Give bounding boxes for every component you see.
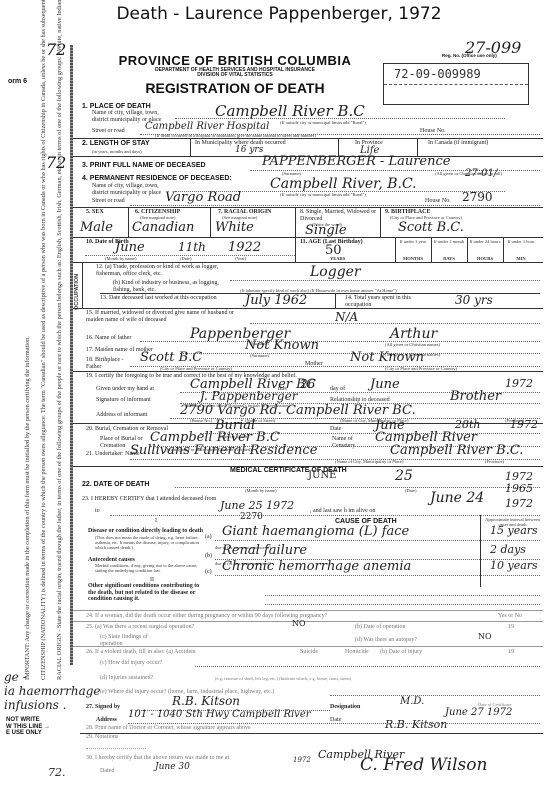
death-day-value: 25 — [395, 468, 413, 484]
undertaker-value: Sullivans Funeral Residence — [130, 443, 317, 458]
stay-municipality-value: 16 yrs — [235, 145, 263, 155]
undertaker-city-note: (Name of City, Municipality or Place) — [335, 459, 403, 464]
informant-label: Signature of informant — [96, 397, 151, 404]
rule — [73, 308, 543, 309]
place-of-death-label: 1. PLACE OF DEATH — [82, 103, 151, 110]
signed-date-value: June 27 1972 — [445, 707, 512, 718]
rule — [480, 515, 481, 587]
violent-death-label: 26. If a violent death, fill in also: (a… — [86, 649, 196, 656]
antecedent-note: Morbid conditions, if any, giving rise t… — [95, 563, 200, 573]
undertaker-province-note: (Province) — [485, 459, 504, 464]
rule — [73, 138, 543, 139]
doctor-address-value: 101 - 1040 Sth Hwy Campbell River — [128, 709, 311, 720]
residence-street-label: Street or road — [92, 198, 125, 205]
death-month-value: JUNE — [308, 470, 337, 481]
registrar-certify-label: 30. I hereby certify that the above retu… — [86, 755, 229, 762]
doctor-signature: R.B. Kitson — [385, 718, 447, 731]
rule — [128, 723, 540, 724]
signed-by-label: 27. Signed by — [86, 704, 120, 711]
attended-from-year: 1965 — [505, 482, 533, 495]
surgery-question: 25. (a) Was there a recent surgical oper… — [86, 624, 194, 631]
dated-value: June 30 — [155, 762, 190, 772]
residence-house-value: 2790 — [462, 190, 493, 204]
part-one-label: I — [155, 518, 157, 525]
years-occupation-value: 30 yrs — [455, 293, 493, 307]
rule — [295, 237, 296, 262]
rule — [215, 575, 540, 576]
age-column-unit: MONTHS — [397, 256, 429, 261]
rule — [195, 666, 540, 667]
age-column-unit: DAYS — [433, 256, 465, 261]
residence-city-label: Name of city, village, town, district mu… — [92, 183, 172, 196]
office-use-note: NOT WRITE W THIS LINE → E USE ONLY — [6, 717, 50, 737]
age-column-header: If under 1 hour — [505, 239, 537, 244]
cause-code: 2270 — [240, 512, 263, 522]
attended-to-label: to — [95, 508, 100, 515]
autopsy-question: (d) Was there an autopsy? — [355, 637, 417, 644]
mother-maiden-value: Not Known — [245, 338, 319, 353]
death-street-value: Campbell River Hospital — [145, 121, 269, 132]
rule — [110, 515, 540, 516]
cause-line-tag: (c) — [205, 569, 212, 576]
injuries-label: (d) Injuries sustained? — [100, 675, 153, 682]
form-title: REGISTRATION OF DEATH — [115, 80, 355, 96]
last-seen-value: June 24 — [430, 490, 484, 506]
mother-birthplace-value: Not Known — [350, 350, 424, 365]
registration-number-box: 72-09-009989 — [383, 63, 529, 105]
relationship-value: Brother — [450, 389, 501, 404]
birth-year-note: (Year) — [235, 256, 246, 261]
residence-city-value: Campbell River, B.C. — [270, 176, 417, 192]
other-conditions-label: Other significant conditions contributin… — [88, 583, 203, 603]
sex-label: 5. SEX — [86, 209, 104, 216]
rule — [175, 118, 505, 119]
informant-address-value: 2790 Vargo Rd. Campbell River BC. — [180, 403, 416, 418]
racial-origin-value: White — [215, 220, 254, 235]
father-name-label: 16. Name of father — [86, 335, 131, 342]
rule — [73, 207, 543, 208]
rule — [128, 207, 129, 237]
age-column-unit: MIN — [505, 256, 537, 261]
side-note-line: ge - — [4, 670, 101, 684]
designation-label: Designation — [330, 704, 360, 711]
designation-value: M.D. — [400, 696, 424, 707]
cause-line-tag: (a) — [205, 534, 212, 541]
birth-month-note: (Month by name) — [105, 256, 137, 261]
margin-note-citizenship: CITIZENSHIP (NATIONALITY) is defined in … — [40, 180, 47, 680]
given-month-value: June — [370, 377, 400, 392]
rule — [330, 695, 540, 696]
page-title: Death - Laurence Pappenberger, 1972 — [0, 4, 558, 24]
registration-number: 72-09-009989 — [394, 67, 481, 81]
birth-year-value: 1922 — [228, 240, 261, 255]
rule — [295, 207, 296, 237]
injury-year: 19 — [508, 649, 514, 656]
length-of-stay-sublabel: (in years, months and days) — [92, 149, 142, 154]
margin-note-racial-origin: RACIAL ORIGIN - State the racial origin,… — [56, 180, 63, 680]
department-heading: DEPARTMENT OF HEALTH SERVICES AND HOSPIT… — [100, 68, 370, 78]
attended-label: 23. I HEREBY CERTIFY that I attended dec… — [82, 496, 216, 503]
injury-how-label: (c) How did injury occur? — [100, 660, 162, 667]
full-name-value: PAPPENBERGER - Laurence — [262, 154, 450, 169]
form-label: orm 6 — [8, 78, 27, 85]
margin-note-important: IMPORTANT: Any change or correction made… — [24, 180, 31, 680]
division-name: DIVISION OF VITAL STATISTICS — [100, 73, 370, 78]
age-years-label: YEARS — [330, 256, 345, 261]
birth-month-value: June — [115, 240, 145, 255]
rule — [503, 237, 504, 262]
death-city-note: (If outside city or municipal limits add… — [280, 120, 366, 125]
mother-surname-note: (Surname) — [250, 353, 269, 358]
rule — [380, 207, 381, 237]
stay-canada-label: In Canada (if immigrant) — [428, 140, 488, 147]
notations-label: 29. Notations — [86, 734, 118, 741]
residence-street-value: Vargo Road — [165, 190, 241, 205]
rule — [230, 280, 540, 281]
side-note-line: ia haemorrhage — [4, 684, 101, 698]
rule — [80, 733, 543, 734]
birth-day-value: 11th — [178, 240, 206, 254]
burial-year-value: 1972 — [510, 418, 538, 431]
trade-label: 12. (a) Trade, profession or kind of wor… — [96, 264, 226, 277]
injury-date-label: (b) Date of injury — [380, 649, 422, 656]
autopsy-answer: NO — [478, 632, 492, 641]
province-heading: PROVINCE OF BRITISH COLUMBIA — [115, 53, 355, 68]
rule — [395, 237, 396, 262]
rule — [215, 540, 540, 541]
residence-extra-mark: 27-01/ — [465, 168, 497, 179]
informant-address-label: Address of informant — [96, 412, 147, 419]
rule — [190, 138, 191, 156]
dated-year: 1972 — [293, 756, 311, 764]
full-name-label: 3. PRINT FULL NAME OF DECEASED — [82, 162, 206, 169]
years-occupation-label: 14. Total years spent in this occupation — [345, 295, 435, 308]
death-day-note: (Date) — [405, 488, 417, 493]
rule — [335, 293, 336, 308]
rule — [431, 237, 432, 262]
birth-day-note: (Date) — [180, 256, 192, 261]
injuries-note: (e.g. fracture of skull, left leg, etc.)… — [215, 676, 351, 681]
rule — [210, 207, 211, 237]
cause-line-tag: (b) — [205, 553, 212, 560]
trade-value: Logger — [310, 264, 361, 280]
rule — [73, 371, 543, 372]
rule — [82, 262, 83, 308]
marital-status-value: Single — [305, 223, 347, 238]
cause-line-interval: 2 days — [490, 543, 526, 556]
parents-birthplace-label: 18. Birthplace - Father — [86, 357, 136, 370]
homicide-option[interactable]: Homicide — [345, 649, 369, 656]
father-given-value: Arthur — [390, 326, 437, 342]
margin-number-bottom: 72. — [48, 766, 66, 779]
rule — [130, 205, 540, 206]
office-use-line: E USE ONLY — [6, 730, 50, 737]
death-street-label: Street or road — [92, 128, 125, 135]
age-column-unit: HOURS — [469, 256, 501, 261]
pregnancy-answer-label: Yes or No — [498, 613, 522, 620]
rule — [73, 262, 543, 263]
rule — [250, 323, 540, 324]
last-seen-label: , and last saw h im alive on — [310, 508, 375, 515]
suicide-option[interactable]: Suicide — [300, 649, 318, 656]
age-column-header: If under 1 month — [433, 239, 465, 244]
cemetery-label: Name of Cemetery — [332, 436, 372, 449]
cause-line-value: Giant haemangioma (L) face — [222, 524, 409, 539]
rule — [73, 621, 543, 622]
rule — [86, 748, 146, 749]
death-month-note: (Month by name) — [245, 488, 277, 493]
given-year-value: 1972 — [505, 377, 533, 390]
rule — [265, 604, 540, 605]
spouse-label: 15. If married, widowed or divorced give… — [86, 310, 251, 323]
attended-to-value: June 25 1972 — [220, 499, 294, 512]
residence-house-label: House No. — [425, 198, 451, 205]
rule — [265, 595, 540, 596]
burial-date-label: Date — [330, 426, 341, 433]
occupation-side-label: OCCUPATION — [74, 274, 80, 310]
rule — [73, 646, 543, 647]
rule — [467, 237, 468, 262]
age-column-header: If under 24 hours — [469, 239, 501, 244]
surgery-answer: NO — [292, 619, 306, 628]
length-of-stay-label: 2. LENGTH OF STAY — [82, 140, 150, 147]
doctor-print-name-label: 28. Print name of Doctor or Coroner, who… — [86, 725, 251, 732]
spouse-value: N/A — [335, 310, 358, 324]
rule — [73, 610, 543, 611]
sex-value: Male — [80, 220, 113, 235]
cause-line-value: Chronic hemorrhage anemia — [222, 559, 411, 574]
direct-cause-label: Disease or condition directly leading to… — [88, 528, 203, 535]
given-day-value: 26 — [300, 377, 315, 391]
industry-label: (b) Kind of industry or business, as log… — [113, 280, 233, 293]
last-worked-label: 13. Date deceased last worked at this oc… — [100, 295, 220, 302]
signed-by-value: R.B. Kitson — [172, 694, 240, 708]
rule — [73, 237, 543, 238]
cause-line-interval: 10 years — [490, 559, 538, 572]
cause-line-interval: 15 years — [490, 524, 538, 537]
direct-cause-note: (This does not mean the mode of dying, e… — [95, 535, 200, 550]
father-given-note: (All given or Christian names) — [385, 342, 440, 347]
dated-label: Dated — [100, 768, 114, 775]
given-at-label: Given under my hand at — [96, 386, 154, 393]
marital-status-label: 8. Single, Married, Widowed or Divorced — [300, 209, 378, 222]
last-seen-year: 1972 — [505, 497, 533, 510]
residence-label: 4. PERMANENT RESIDENCE OF DECEASED: — [82, 175, 232, 182]
registrar-signature: C. Fred Wilson — [360, 755, 487, 775]
last-worked-value: July 1962 — [245, 293, 307, 308]
citizenship-value: Canadian — [132, 220, 194, 235]
reg-number-label: Reg. No. (Office use only) — [442, 53, 497, 58]
undertaker-city-value: Campbell River B.C. — [390, 443, 523, 458]
age-column-header: If under 1 year — [397, 239, 429, 244]
date-of-death-label: 22. DATE OF DEATH — [82, 481, 149, 488]
rule — [175, 487, 540, 488]
operation-year: 19 — [508, 624, 514, 631]
birthplace-value: Scott B.C. — [398, 220, 464, 235]
cause-line-value: Renal failure — [222, 543, 307, 558]
operation-date-label: (b) Date of operation — [355, 624, 405, 631]
rule — [140, 341, 540, 342]
residence-city-note: (If outside city or municipal limits add… — [280, 192, 366, 197]
father-birthplace-value: Scott B.C — [140, 350, 202, 365]
informant-value: J. Pappenberger — [200, 389, 297, 403]
doctor-address-label: Address — [96, 717, 117, 724]
